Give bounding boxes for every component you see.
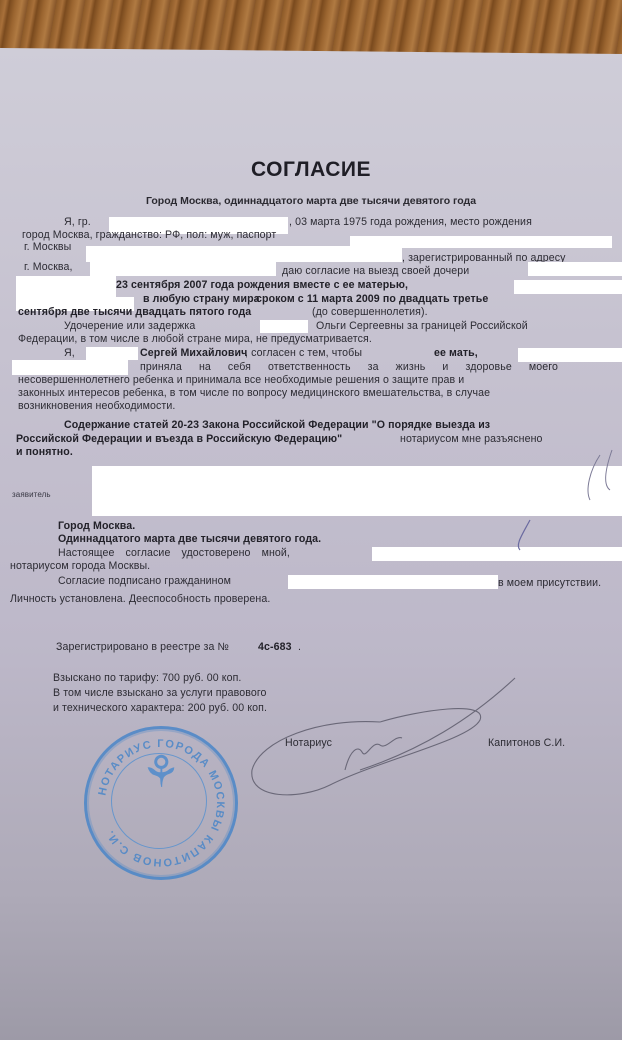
svg-text:НОТАРИУС ГОРОДА МОСКВЫ КАПИТОН: НОТАРИУС ГОРОДА МОСКВЫ КАПИТОНОВ С.И. — [96, 738, 226, 868]
notary-stamp: ⚘ НОТАРИУС ГОРОДА МОСКВЫ КАПИТОНОВ С.И. — [84, 726, 238, 880]
stamp-text: НОТАРИУС ГОРОДА МОСКВЫ КАПИТОНОВ С.И. — [96, 738, 226, 868]
